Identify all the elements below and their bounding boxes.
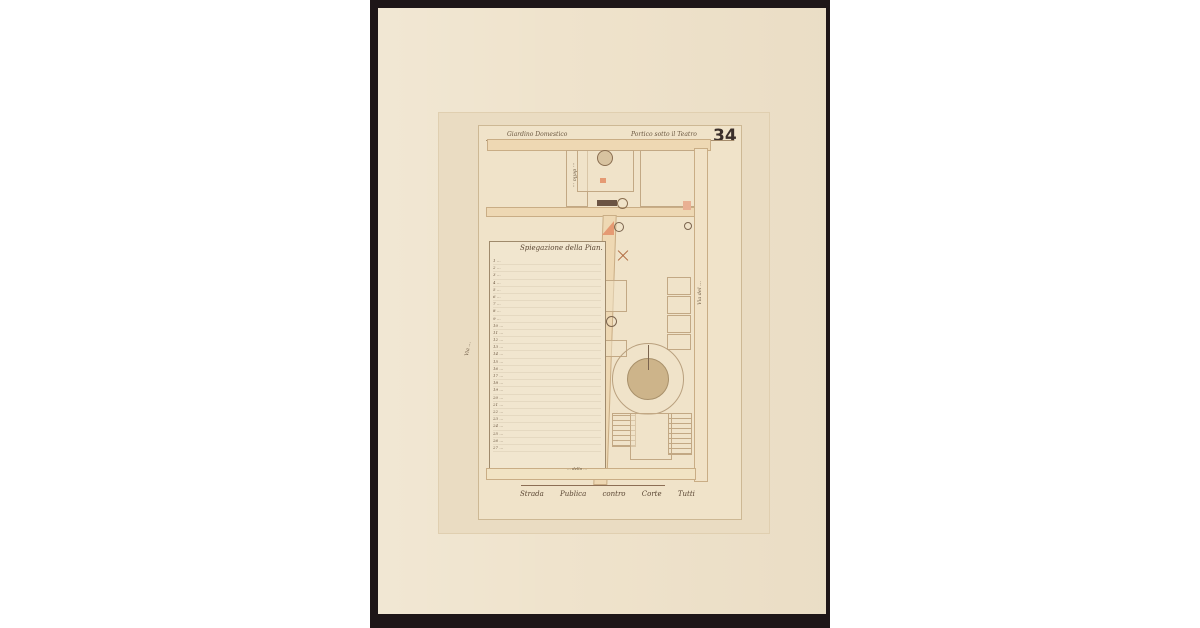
legend-item: 2 ... bbox=[493, 265, 601, 272]
legend-item: 8 ... bbox=[493, 308, 601, 315]
flag-pole bbox=[648, 345, 649, 370]
legend-item: 19 ... bbox=[493, 387, 601, 394]
legend-item: 15 ... bbox=[493, 359, 601, 366]
legend-item: 12 ... bbox=[493, 337, 601, 344]
legend-item: 23 ... bbox=[493, 416, 601, 423]
right-vertical-label: Via del ... bbox=[697, 281, 703, 305]
room bbox=[640, 150, 696, 207]
legend-item: 3 ... bbox=[493, 272, 601, 279]
top-inner-vertical-label: ... della ... bbox=[572, 162, 578, 187]
small-well bbox=[684, 222, 692, 230]
legend-list: 1 ... 2 ... 3 ... 4 ... 5 ... 6 ... 7 ..… bbox=[493, 258, 601, 452]
middle-wall-band bbox=[486, 207, 702, 217]
legend-item: 17 ... bbox=[493, 373, 601, 380]
room bbox=[605, 280, 627, 312]
legend-item: 24 ... bbox=[493, 423, 601, 430]
legend-item: 20 ... bbox=[493, 395, 601, 402]
legend-item: 7 ... bbox=[493, 301, 601, 308]
legend-item: 21 ... bbox=[493, 402, 601, 409]
legend-item: 11 ... bbox=[493, 330, 601, 337]
legend-item: 25 ... bbox=[493, 431, 601, 438]
small-well bbox=[606, 316, 617, 327]
dark-structure bbox=[597, 200, 617, 206]
header-right-label: Portico sotto il Teatro bbox=[631, 131, 697, 138]
right-street-band bbox=[694, 148, 708, 482]
small-well bbox=[614, 222, 624, 232]
stairs bbox=[668, 413, 692, 455]
legend-item: 4 ... bbox=[493, 280, 601, 287]
well-circle bbox=[597, 150, 613, 166]
bottom-street-label: Strada Publica contro Corte Tutti bbox=[520, 490, 695, 498]
legend-item: 16 ... bbox=[493, 366, 601, 373]
legend-item: 27 ... bbox=[493, 445, 601, 452]
legend-item: 9 ... bbox=[493, 316, 601, 323]
legend-item: 10 ... bbox=[493, 323, 601, 330]
legend-title: Spiegazione della Pian. bbox=[520, 244, 603, 252]
legend-item: 6 ... bbox=[493, 294, 601, 301]
small-circle bbox=[617, 198, 628, 209]
legend-item: 26 ... bbox=[493, 438, 601, 445]
bottom-wall-band bbox=[486, 468, 696, 480]
red-wash-marker bbox=[600, 178, 606, 183]
pink-marker bbox=[683, 201, 691, 210]
legend-item: 5 ... bbox=[493, 287, 601, 294]
header-left-label: Giardino Domestico bbox=[507, 131, 567, 138]
room bbox=[667, 277, 691, 295]
legend-item: 22 ... bbox=[493, 409, 601, 416]
scale-bar bbox=[521, 485, 665, 486]
room bbox=[630, 413, 672, 460]
legend-item: 1 ... bbox=[493, 258, 601, 265]
sheet-number: 34 bbox=[713, 126, 737, 146]
small-bottom-note: ... della ... bbox=[567, 466, 587, 471]
legend-item: 13 ... bbox=[493, 344, 601, 351]
legend-item: 14 ... bbox=[493, 351, 601, 358]
room bbox=[667, 296, 691, 314]
legend-item: 18 ... bbox=[493, 380, 601, 387]
room bbox=[667, 334, 691, 350]
room bbox=[667, 315, 691, 333]
